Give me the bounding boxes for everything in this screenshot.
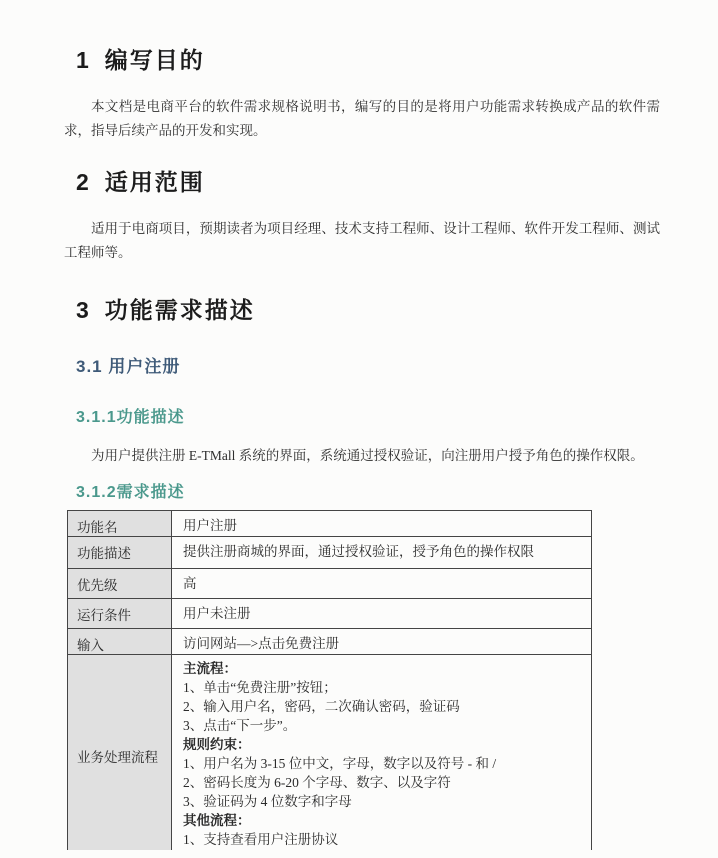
- row-value-cell: 高: [172, 569, 592, 599]
- table-row-priority: 优先级 高: [68, 569, 592, 599]
- requirements-table: 功能名 用户注册 功能描述 提供注册商城的界面，通过授权验证，授予角色的操作权限…: [67, 510, 592, 850]
- row-value-cell: 提供注册商城的界面，通过授权验证，授予角色的操作权限: [172, 537, 592, 569]
- process-line: 主流程：: [183, 659, 581, 678]
- row-label-cell: 功能名: [68, 511, 172, 537]
- row-value-cell: 用户未注册: [172, 599, 592, 629]
- process-flow-cell: 主流程： 1、单击“免费注册”按钮； 2、输入用户名，密码，二次确认密码，验证码…: [172, 655, 592, 851]
- process-line: 1、用户名为 3-15 位中文，字母，数字以及符号 - 和 /: [183, 754, 581, 773]
- process-line: 3、点击“下一步”。: [183, 716, 581, 735]
- section-3-heading: 3功能需求描述: [76, 295, 660, 325]
- section-2-number: 2: [76, 169, 89, 195]
- section-2-body: 适用于电商项目，预期读者为项目经理、技术支持工程师、设计工程师、软件开发工程师、…: [64, 217, 660, 265]
- section-1-number: 1: [76, 47, 89, 73]
- row-label-cell: 优先级: [68, 569, 172, 599]
- table-row-function-name: 功能名 用户注册: [68, 511, 592, 537]
- document-page: 1编写目的 本文档是电商平台的软件需求规格说明书，编写的目的是将用户功能需求转换…: [0, 0, 718, 858]
- section-2-title: 适用范围: [105, 169, 205, 195]
- process-line: 2、输入用户名，密码，二次确认密码，验证码: [183, 697, 581, 716]
- row-value-cell: 访问网站—>点击免费注册: [172, 629, 592, 655]
- table-row-input: 输入 访问网站—>点击免费注册: [68, 629, 592, 655]
- process-line: 其他流程：: [183, 811, 581, 830]
- section-3-1-1-body: 为用户提供注册 E-TMall 系统的界面，系统通过授权验证，向注册用户授予角色…: [64, 444, 660, 468]
- section-1-body: 本文档是电商平台的软件需求规格说明书，编写的目的是将用户功能需求转换成产品的软件…: [64, 95, 660, 143]
- process-line: 1、支持查看用户注册协议: [183, 830, 581, 849]
- section-3-title: 功能需求描述: [105, 297, 255, 323]
- section-3-1-2-heading: 3.1.2需求描述: [76, 482, 660, 504]
- section-1-heading: 1编写目的: [76, 45, 660, 75]
- table-row-process-flow: 业务处理流程 主流程： 1、单击“免费注册”按钮； 2、输入用户名，密码，二次确…: [68, 655, 592, 851]
- row-value-cell: 用户注册: [172, 511, 592, 537]
- section-3-number: 3: [76, 297, 89, 323]
- process-line: 规则约束：: [183, 735, 581, 754]
- section-2-heading: 2适用范围: [76, 167, 660, 197]
- section-3-1-heading: 3.1 用户注册: [76, 355, 660, 379]
- row-label-cell: 运行条件: [68, 599, 172, 629]
- process-line: 1、单击“免费注册”按钮；: [183, 678, 581, 697]
- table-row-function-desc: 功能描述 提供注册商城的界面，通过授权验证，授予角色的操作权限: [68, 537, 592, 569]
- process-line: 3、验证码为 4 位数字和字母: [183, 792, 581, 811]
- section-1-title: 编写目的: [105, 47, 205, 73]
- section-3-1-1-heading: 3.1.1功能描述: [76, 407, 660, 429]
- process-line: 2、密码长度为 6-20 个字母、数字、以及字符: [183, 773, 581, 792]
- row-label-cell: 功能描述: [68, 537, 172, 569]
- row-label-cell: 输入: [68, 629, 172, 655]
- table-row-run-condition: 运行条件 用户未注册: [68, 599, 592, 629]
- requirements-table-container: 功能名 用户注册 功能描述 提供注册商城的界面，通过授权验证，授予角色的操作权限…: [67, 510, 660, 850]
- row-label-cell: 业务处理流程: [68, 655, 172, 851]
